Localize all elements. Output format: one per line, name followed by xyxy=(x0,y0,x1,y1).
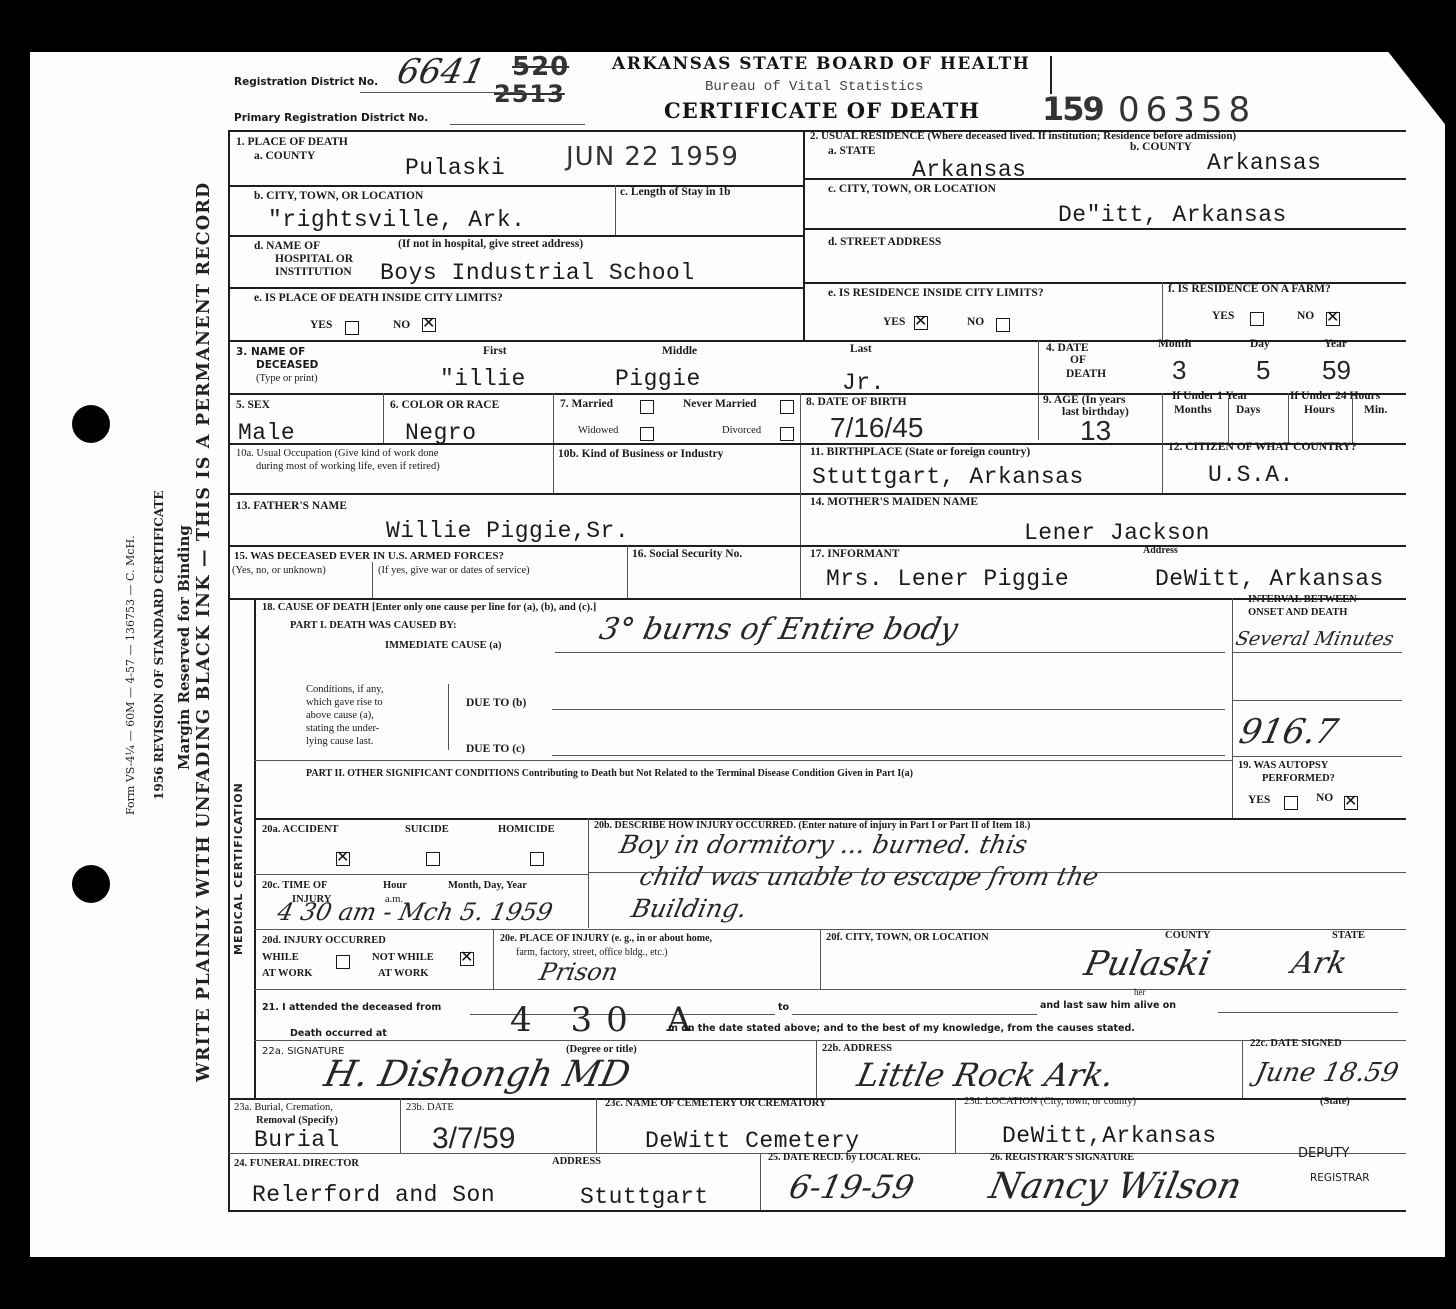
describe-line-1: Boy in dormitory ... burned. this xyxy=(617,830,1030,859)
certificate-title: CERTIFICATE OF DEATH xyxy=(664,98,980,123)
dod-day-value: 5 xyxy=(1256,355,1270,386)
disposition-label-2: Removal (Specify) xyxy=(256,1115,338,1127)
father-label: 13. FATHER'S NAME xyxy=(236,500,347,512)
dob-label: 8. DATE OF BIRTH xyxy=(806,396,907,408)
her-label: her xyxy=(1134,986,1146,998)
place-of-death-label: 1. PLACE OF DEATH xyxy=(236,136,348,148)
last-saw-line xyxy=(1218,1012,1398,1013)
hour-label: Hour xyxy=(383,880,407,892)
dod-year-label: Year xyxy=(1324,338,1347,350)
hospital-label-1: d. NAME OF xyxy=(254,240,320,252)
father-value: Willie Piggie,Sr. xyxy=(386,518,629,544)
last-saw-label: and last saw him alive on xyxy=(1040,1000,1176,1012)
married-label: 7. Married xyxy=(560,398,613,410)
ssn-label: 16. Social Security No. xyxy=(632,548,742,560)
death-occurred-suffix: m on the date stated above; and to the b… xyxy=(668,1023,1135,1035)
interval-label-2: ONSET AND DEATH xyxy=(1248,607,1347,619)
cause-label: 18. CAUSE OF DEATH [Enter only one cause… xyxy=(262,602,596,614)
certificate-number: 06358 xyxy=(1118,90,1256,130)
interval-line-2 xyxy=(1232,700,1402,701)
interval-label-1: INTERVAL BETWEEN xyxy=(1248,594,1357,606)
res-limits-yes-label: YES xyxy=(883,316,905,328)
armed-forces-label: 15. WAS DECEASED EVER IN U.S. ARMED FORC… xyxy=(234,550,504,562)
due-to-b-label: DUE TO (b) xyxy=(466,697,526,709)
conditions-line-1: Conditions, if any, xyxy=(306,684,383,696)
death-city-value: "rightsville, Ark. xyxy=(268,207,525,233)
interval-value: Several Minutes xyxy=(1234,628,1396,650)
medical-inner-border xyxy=(254,598,256,1098)
header-divider xyxy=(1050,56,1052,94)
reg-district-crossed-bottom: 2513 xyxy=(494,80,565,108)
death-limits-no-checkbox[interactable] xyxy=(422,318,436,332)
received-divider xyxy=(760,1153,761,1210)
death-limits-no-label: NO xyxy=(393,319,410,331)
dob-value: 7/16/45 xyxy=(830,412,923,444)
line-1b xyxy=(228,235,803,237)
dod-month-label: Month xyxy=(1158,338,1191,350)
never-married-label: Never Married xyxy=(683,398,757,410)
injury-city-divider xyxy=(820,929,821,989)
name-label-1: 3. NAME OF xyxy=(236,346,305,358)
hospital-label-3: INSTITUTION xyxy=(275,266,352,278)
line-2c xyxy=(803,228,1406,230)
occupation-label-2: during most of working life, even if ret… xyxy=(256,461,440,473)
reg-district-label: Registration District No. xyxy=(234,76,378,88)
birthplace-value: Stuttgart, Arkansas xyxy=(812,464,1084,490)
mother-label: 14. MOTHER'S MAIDEN NAME xyxy=(810,496,978,508)
date-signed-value: June 18.59 xyxy=(1253,1058,1401,1088)
married-checkbox[interactable] xyxy=(640,400,654,414)
line-21 xyxy=(254,1040,1406,1041)
res-farm-no-label: NO xyxy=(1297,310,1314,322)
registrar-title-label: REGISTRAR xyxy=(1310,1172,1370,1184)
res-city-label: c. CITY, TOWN, OR LOCATION xyxy=(828,183,996,195)
months-label: Months xyxy=(1174,404,1212,416)
conditions-line-4: stating the under- xyxy=(306,723,379,735)
under1-label: If Under 1 Year xyxy=(1172,390,1248,402)
registrar-label: 26. REGISTRAR'S SIGNATURE xyxy=(990,1152,1134,1164)
armed-forces-service-label: (If yes, give war or dates of service) xyxy=(378,565,530,577)
interval-divider xyxy=(1232,598,1233,818)
res-farm-yes-label: YES xyxy=(1212,310,1234,322)
homicide-checkbox[interactable] xyxy=(530,852,544,866)
dod-day-label: Day xyxy=(1250,338,1270,350)
agency-name: ARKANSAS STATE BOARD OF HEALTH xyxy=(612,54,1030,74)
homicide-label: HOMICIDE xyxy=(498,824,555,836)
while-at-work-label-1: WHILE xyxy=(262,952,299,964)
burial-state-label: (State) xyxy=(1320,1096,1350,1108)
res-county-value: Arkansas xyxy=(1207,150,1321,176)
race-label: 6. COLOR OR RACE xyxy=(390,399,499,411)
received-date-stamp: JUN 22 1959 xyxy=(566,142,739,172)
injury-city-label: 20f. CITY, TOWN, OR LOCATION xyxy=(826,932,989,944)
widowed-label: Widowed xyxy=(578,425,618,437)
city-label: b. CITY, TOWN, OR LOCATION xyxy=(254,190,423,202)
burial-date-label: 23b. DATE xyxy=(406,1102,454,1114)
cemetery-label: 23c. NAME OF CEMETERY OR CREMATORY xyxy=(605,1098,827,1110)
death-inside-limits-label: e. IS PLACE OF DEATH INSIDE CITY LIMITS? xyxy=(254,292,503,304)
birthplace-label: 11. BIRTHPLACE (State or foreign country… xyxy=(810,446,1030,458)
hospital-label-2: HOSPITAL OR xyxy=(275,253,353,265)
not-while-at-work-label-1: NOT WHILE xyxy=(372,952,434,964)
due-to-c-label: DUE TO (c) xyxy=(466,743,525,755)
armed-forces-divider xyxy=(372,562,373,598)
hours-label: Hours xyxy=(1304,404,1335,416)
under24-label: If Under 24 Hours xyxy=(1290,390,1380,402)
first-name-label: First xyxy=(483,345,507,357)
line-15 xyxy=(228,598,1406,600)
mdy-label: Month, Day, Year xyxy=(448,880,527,892)
registrar-signature: Nancy Wilson xyxy=(986,1166,1246,1207)
name-label-2: DECEASED xyxy=(256,359,318,371)
physician-address-label: 22b. ADDRESS xyxy=(822,1043,892,1055)
deputy-label: DEPUTY xyxy=(1298,1148,1349,1160)
mother-value: Lener Jackson xyxy=(1024,520,1210,546)
dod-year-value: 59 xyxy=(1322,355,1351,386)
middle-name-value: Piggie xyxy=(615,366,701,392)
immediate-cause-label: IMMEDIATE CAUSE (a) xyxy=(385,640,501,652)
cause-code: 916.7 xyxy=(1236,712,1342,752)
while-at-work-checkbox[interactable] xyxy=(336,955,350,969)
burial-date-divider xyxy=(400,1098,401,1153)
describe-line-3: Building. xyxy=(629,894,750,923)
frame-bottom xyxy=(228,1210,1406,1212)
autopsy-no-checkbox[interactable] xyxy=(1344,796,1358,810)
disposition-value: Burial xyxy=(254,1127,340,1153)
describe-line-rule-1 xyxy=(588,872,1406,873)
res-limits-no-checkbox[interactable] xyxy=(996,318,1010,332)
interval-line-3 xyxy=(1232,756,1402,757)
permanent-record-instruction: WRITE PLAINLY WITH UNFADING BLACK INK — … xyxy=(194,182,214,1082)
name-label-3: (Type or print) xyxy=(256,373,318,385)
injury-state-label: STATE xyxy=(1332,930,1365,942)
date-received-value: 6-19-59 xyxy=(786,1168,917,1206)
attended-to-label: to xyxy=(778,1002,789,1014)
days-label: Days xyxy=(1236,404,1260,416)
suicide-checkbox[interactable] xyxy=(426,852,440,866)
line-13 xyxy=(228,545,1406,547)
date-signed-divider xyxy=(1242,1040,1243,1098)
death-county-value: Pulaski xyxy=(405,155,505,181)
injury-county-value: Pulaski xyxy=(1081,944,1214,984)
physician-address-value: Little Rock Ark. xyxy=(854,1056,1117,1094)
funeral-address-label: ADDRESS xyxy=(552,1156,601,1168)
death-occurred-label: Death occurred at xyxy=(290,1028,387,1040)
dod-label-3: DEATH xyxy=(1066,368,1106,380)
place-of-injury-label-1: 20e. PLACE OF INJURY (e. g., in or about… xyxy=(500,933,712,945)
location-divider xyxy=(955,1098,956,1153)
informant-address-label: Address xyxy=(1143,545,1178,557)
line-20d xyxy=(254,989,1406,990)
date-received-label: 25. DATE RECD. by LOCAL REG. xyxy=(768,1152,921,1164)
age-under1-divider xyxy=(1162,393,1163,443)
race-divider xyxy=(383,393,384,443)
under24-divider xyxy=(1288,393,1289,443)
death-limits-yes-checkbox[interactable] xyxy=(345,321,359,335)
occupation-label-1: 10a. Usual Occupation (Give kind of work… xyxy=(236,448,438,460)
certificate-prefix: 159 xyxy=(1042,90,1103,128)
date-signed-label: 22c. DATE SIGNED xyxy=(1250,1038,1342,1050)
ssn-divider xyxy=(627,545,628,598)
divorced-label: Divorced xyxy=(722,425,761,437)
divorced-checkbox[interactable] xyxy=(780,427,794,441)
line-2a xyxy=(803,178,1406,180)
dod-label-1: 4. DATE xyxy=(1046,342,1089,354)
accident-label: 20a. ACCIDENT xyxy=(262,824,338,836)
time-of-injury-value: 4 30 am - Mch 5. 1959 xyxy=(275,898,555,926)
widowed-checkbox[interactable] xyxy=(640,427,654,441)
citizen-value: U.S.A. xyxy=(1208,462,1294,488)
injury-occurred-label: 20d. INJURY OCCURRED xyxy=(262,935,386,947)
while-at-work-label-2: AT WORK xyxy=(262,968,312,980)
injury-state-value: Ark xyxy=(1288,946,1350,981)
death-limits-yes-label: YES xyxy=(310,319,332,331)
part2-label: PART II. OTHER SIGNIFICANT CONDITIONS Co… xyxy=(306,768,913,780)
burial-date-value: 3/7/59 xyxy=(432,1122,515,1156)
burial-location-label: 23d. LOCATION (City, town, or county) xyxy=(964,1096,1136,1108)
attended-label: 21. I attended the deceased from xyxy=(262,1002,441,1014)
binding-hole-bottom xyxy=(72,865,110,903)
conditions-line-3: above cause (a), xyxy=(306,710,374,722)
place-of-injury-value: Prison xyxy=(537,958,620,986)
res-limits-yes-checkbox[interactable] xyxy=(914,316,928,330)
middle-name-label: Middle xyxy=(662,345,697,357)
line-section2-end xyxy=(228,340,1406,342)
autopsy-no-label: NO xyxy=(1316,792,1333,804)
funeral-address-value: Stuttgart xyxy=(580,1184,709,1210)
interval-line-1 xyxy=(1232,652,1402,653)
form-number: Form VS-4¼ — 60M — 4-57 — 136753 — C. Mc… xyxy=(124,535,137,815)
business-label: 10b. Kind of Business or Industry xyxy=(558,448,723,460)
cemetery-value: DeWitt Cemetery xyxy=(645,1128,860,1154)
immediate-cause-line xyxy=(555,652,1225,653)
hospital-value: Boys Industrial School xyxy=(380,260,695,286)
res-farm-no-checkbox[interactable] xyxy=(1326,312,1340,326)
res-county-label: b. COUNTY xyxy=(1130,141,1192,153)
part1-label: PART I. DEATH WAS CAUSED BY: xyxy=(290,620,457,632)
address-divider xyxy=(816,1040,817,1098)
injury-county-label: COUNTY xyxy=(1165,930,1211,942)
attended-to-line xyxy=(792,1014,1037,1015)
due-to-c-line xyxy=(552,755,1225,756)
citizen-label: 12. CITIZEN OF WHAT COUNTRY? xyxy=(1168,441,1357,453)
describe-line-2: child was unable to escape from the xyxy=(637,862,1101,891)
funeral-director-value: Relerford and Son xyxy=(252,1182,495,1208)
first-name-value: "illie xyxy=(440,366,526,392)
reg-district-value: 6641 xyxy=(394,52,489,92)
burial-location-value: DeWitt,Arkansas xyxy=(1002,1123,1217,1149)
citizen-divider xyxy=(1162,443,1163,493)
due-to-b-line xyxy=(552,709,1225,710)
dod-divider xyxy=(1038,340,1039,440)
autopsy-yes-checkbox[interactable] xyxy=(1284,796,1298,810)
informant-label: 17. INFORMANT xyxy=(810,548,899,560)
res-farm-label: f. IS RESIDENCE ON A FARM? xyxy=(1168,283,1331,295)
conditions-line-5: lying cause last. xyxy=(306,736,373,748)
line-1d xyxy=(228,287,803,289)
place-of-injury-divider xyxy=(493,929,494,989)
part2-top-line xyxy=(254,760,1232,761)
line-20c xyxy=(254,929,1406,930)
res-city-value: De"itt, Arkansas xyxy=(1058,202,1287,228)
suicide-label: SUICIDE xyxy=(405,824,449,836)
county-label: a. COUNTY xyxy=(254,150,315,162)
last-name-label: Last xyxy=(850,343,872,355)
conditions-bracket xyxy=(448,684,449,750)
medical-certification-label: MEDICAL CERTIFICATION xyxy=(232,782,245,955)
reg-district-crossed-top: 520 xyxy=(512,52,569,82)
cemetery-divider xyxy=(596,1098,597,1153)
dod-label-2: OF xyxy=(1070,354,1086,366)
autopsy-label-2: PERFORMED? xyxy=(1262,773,1335,785)
primary-reg-line xyxy=(450,124,585,125)
line-10 xyxy=(228,493,1406,495)
age-label-1: 9. AGE (In years xyxy=(1043,394,1125,406)
stay-label: c. Length of Stay in 1b xyxy=(620,186,731,198)
armed-forces-answer-label: (Yes, no, or unknown) xyxy=(232,565,326,577)
binding-hole-top xyxy=(72,405,110,443)
line-20a xyxy=(254,874,588,875)
never-married-checkbox[interactable] xyxy=(780,400,794,414)
sex-label: 5. SEX xyxy=(236,399,270,411)
bureau-name: Bureau of Vital Statistics xyxy=(705,79,923,95)
res-farm-yes-checkbox[interactable] xyxy=(1250,312,1264,326)
not-while-at-work-label-2: AT WORK xyxy=(378,968,428,980)
autopsy-label-1: 19. WAS AUTOPSY xyxy=(1238,760,1328,772)
months-days-divider xyxy=(1228,398,1229,443)
immediate-cause-value: 3° burns of Entire body xyxy=(596,612,961,647)
conditions-line-2: which gave rise to xyxy=(306,697,383,709)
autopsy-yes-label: YES xyxy=(1248,794,1270,806)
disposition-label-1: 23a. Burial, Cremation, xyxy=(234,1102,333,1114)
dod-month-value: 3 xyxy=(1172,355,1186,386)
not-while-at-work-checkbox[interactable] xyxy=(460,952,474,966)
center-divider-top xyxy=(803,130,805,340)
primary-reg-label: Primary Registration District No. xyxy=(234,112,428,124)
time-of-injury-label-1: 20c. TIME OF xyxy=(262,880,327,892)
res-state-label: a. STATE xyxy=(828,145,876,157)
hospital-note: (If not in hospital, give street address… xyxy=(398,238,583,250)
stay-divider xyxy=(615,185,616,235)
reg-district-line xyxy=(360,92,525,93)
res-inside-limits-label: e. IS RESIDENCE INSIDE CITY LIMITS? xyxy=(828,287,1044,299)
binding-note: Margin Reserved for Binding xyxy=(175,525,193,770)
min-label: Min. xyxy=(1364,404,1387,416)
farm-divider xyxy=(1162,282,1163,340)
physician-signature: H. Dishongh MD xyxy=(321,1054,634,1095)
frame-left xyxy=(228,130,230,1212)
informant-address-value: DeWitt, Arkansas xyxy=(1155,566,1384,592)
revision-note: 1956 REVISION OF STANDARD CERTIFICATE xyxy=(152,490,166,800)
res-street-label: d. STREET ADDRESS xyxy=(828,236,941,248)
describe-divider xyxy=(588,818,589,928)
informant-value: Mrs. Lener Piggie xyxy=(826,566,1069,592)
funeral-director-label: 24. FUNERAL DIRECTOR xyxy=(234,1158,359,1170)
res-limits-no-label: NO xyxy=(967,316,984,328)
hours-min-divider xyxy=(1352,398,1353,443)
accident-checkbox[interactable] xyxy=(336,852,350,866)
